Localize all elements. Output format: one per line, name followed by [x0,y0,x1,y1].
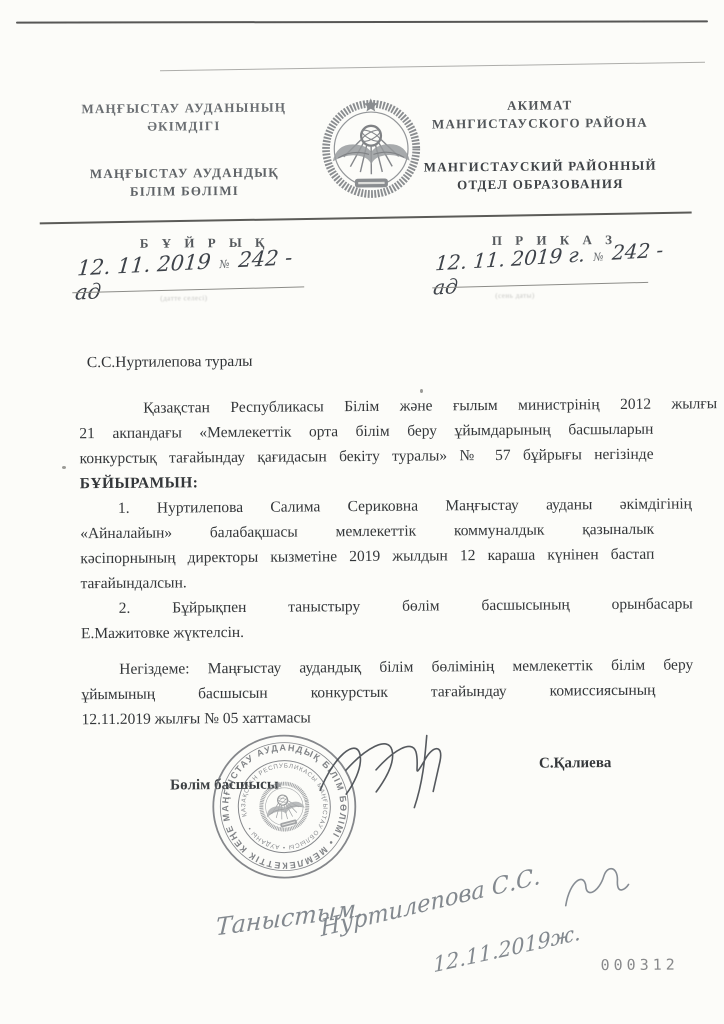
dept-name-kk: МАҢҒЫСТАУ АУДАНДЫҚ БІЛІМ БӨЛІМІ [59,163,309,201]
signer-name: С.Қалиева [539,755,612,773]
number-sign: № [591,250,606,264]
header-divider [40,212,692,225]
org-name-ru: АКИМАТ МАНГИСТАУСКОГО РАЙОНА [411,96,669,134]
scanned-order-document: МАҢҒЫСТАУ АУДАНЫНЫҢ ӘКІМДІГІ МАҢҒЫСТАУ А… [0,0,724,1024]
letterhead-russian: АКИМАТ МАНГИСТАУСКОГО РАЙОНА МАНГИСТАУСК… [411,96,670,195]
document-title: С.С.Нуртилепова туралы [87,353,253,372]
body-line: ұйымының басшысын конкурстык тағайындау … [81,678,655,708]
body-line: конкурстық тағайындау қағидасын бекіту т… [79,442,653,472]
org-name-kk: МАҢҒЫСТАУ АУДАНЫНЫҢ ӘКІМДІГІ [59,98,309,136]
body-line: Е.Мажитовке жүктелсін. [81,617,655,647]
form-caption-kk: (датте селесі) [160,294,207,302]
document-registration-number: 000312 [600,956,678,975]
stamp-emblem-icon [256,776,313,835]
acknowledgement-signature [554,858,637,922]
dept-name-ru: МАНГИСТАУСКИЙ РАЙОННЫЙ ОТДЕЛ ОБРАЗОВАНИЯ [411,157,669,195]
handwritten-date-number-ru: 12. 11. 2019 г. № 242 - ад [432,237,665,299]
body-line: кәсіпорнының директоры кызметіне 2019 жы… [80,542,654,572]
body-line: 2. Бұйрықпен таныстыру бөлім басшысының … [81,591,693,621]
director-signature [314,727,465,820]
letterhead-kazakh: МАҢҒЫСТАУ АУДАНЫНЫҢ ӘКІМДІГІ МАҢҒЫСТАУ А… [59,98,310,201]
form-caption-ru: (сень даты) [495,292,534,300]
number-sign: № [217,257,233,271]
handwritten-date: 12.11.2019ж. [433,920,581,977]
document-body: Қазақстан Республикасы Білім және ғылым … [79,392,656,732]
